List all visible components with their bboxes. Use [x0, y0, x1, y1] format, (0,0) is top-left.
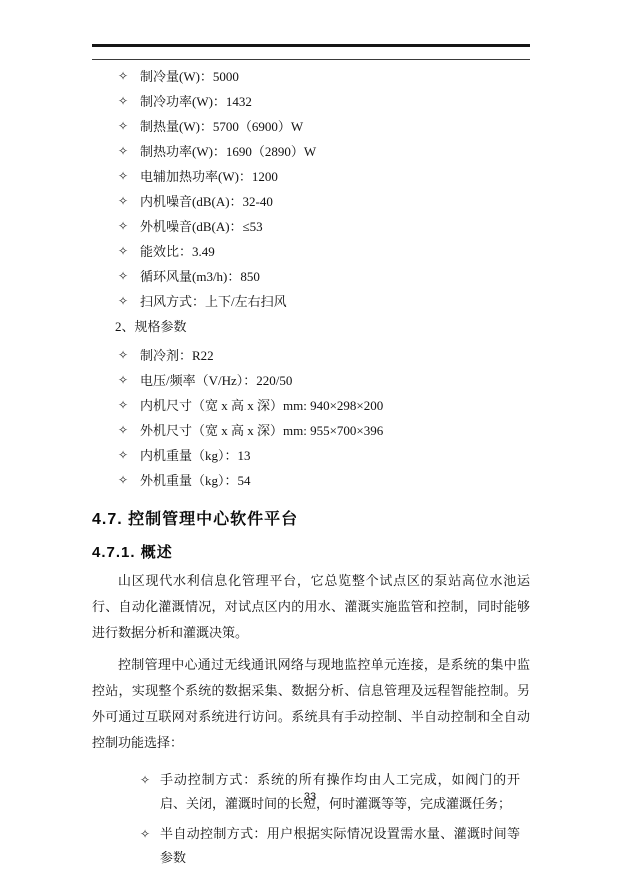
- list-item: ✧ 外机噪音(dB(A)：≤53: [118, 214, 530, 239]
- list-item: ✧ 制冷量(W)：5000: [118, 64, 530, 89]
- list-item: ✧ 内机重量（kg）：13: [118, 443, 530, 468]
- spec-list-performance: ✧ 制冷量(W)：5000 ✧ 制冷功率(W)：1432 ✧ 制热量(W)：57…: [92, 64, 530, 314]
- diamond-bullet-icon: ✧: [118, 89, 140, 114]
- diamond-bullet-icon: ✧: [118, 64, 140, 89]
- list-item: ✧ 能效比：3.49: [118, 239, 530, 264]
- list-item-text: 内机噪音(dB(A)：32-40: [140, 189, 273, 214]
- section-heading: 4.7. 控制管理中心软件平台: [92, 506, 530, 529]
- list-item: ✧ 制冷剂：R22: [118, 343, 530, 368]
- list-item-text: 半自动控制方式：用户根据实际情况设置需水量、灌溉时间等参数: [160, 822, 520, 870]
- diamond-bullet-icon: ✧: [118, 114, 140, 139]
- list-item: ✧ 制热量(W)：5700（6900）W: [118, 114, 530, 139]
- paragraph-overview-1: 山区现代水利信息化管理平台，它总览整个试点区的泵站高位水池运行、自动化灌溉情况，…: [92, 568, 530, 646]
- header-rule-thick: [92, 44, 530, 47]
- list-item: ✧ 外机尺寸（宽 x 高 x 深）mm: 955×700×396: [118, 418, 530, 443]
- list-item-text: 内机尺寸（宽 x 高 x 深）mm: 940×298×200: [140, 393, 383, 418]
- list-item-text: 电压/频率（V/Hz）：220/50: [140, 368, 292, 393]
- control-modes-list: ✧ 手动控制方式：系统的所有操作均由人工完成，如阀门的开启、关闭，灌溉时间的长短…: [92, 768, 530, 870]
- page-number: 33: [0, 791, 620, 803]
- diamond-bullet-icon: ✧: [118, 343, 140, 368]
- list-item-text: 制冷功率(W)：1432: [140, 89, 252, 114]
- list-item-text: 外机噪音(dB(A)：≤53: [140, 214, 263, 239]
- diamond-bullet-icon: ✧: [118, 264, 140, 289]
- list-item: ✧ 内机尺寸（宽 x 高 x 深）mm: 940×298×200: [118, 393, 530, 418]
- list-item: ✧ 外机重量（kg）：54: [118, 468, 530, 493]
- list-item: ✧ 扫风方式：上下/左右扫风: [118, 289, 530, 314]
- list-item-text: 内机重量（kg）：13: [140, 443, 251, 468]
- list-item-text: 制热功率(W)：1690（2890）W: [140, 139, 316, 164]
- subsection-heading: 4.7.1. 概述: [92, 541, 530, 562]
- diamond-bullet-icon: ✧: [140, 768, 160, 792]
- list-item-text: 外机重量（kg）：54: [140, 468, 251, 493]
- diamond-bullet-icon: ✧: [118, 289, 140, 314]
- list-item: ✧ 循环风量(m3/h)：850: [118, 264, 530, 289]
- header-divider: [92, 44, 530, 60]
- list-item-text: 循环风量(m3/h)：850: [140, 264, 260, 289]
- diamond-bullet-icon: ✧: [118, 368, 140, 393]
- list-item-text: 电辅加热功率(W)：1200: [140, 164, 278, 189]
- diamond-bullet-icon: ✧: [118, 214, 140, 239]
- spec-group-label: 2、规格参数: [115, 314, 530, 339]
- list-item-text: 能效比：3.49: [140, 239, 215, 264]
- diamond-bullet-icon: ✧: [118, 393, 140, 418]
- paragraph-overview-2: 控制管理中心通过无线通讯网络与现地监控单元连接，是系统的集中监控站，实现整个系统…: [92, 652, 530, 756]
- list-item-text: 制冷量(W)：5000: [140, 64, 239, 89]
- list-item-text: 扫风方式：上下/左右扫风: [140, 289, 287, 314]
- diamond-bullet-icon: ✧: [118, 443, 140, 468]
- list-item: ✧ 制热功率(W)：1690（2890）W: [118, 139, 530, 164]
- list-item-text: 制热量(W)：5700（6900）W: [140, 114, 303, 139]
- diamond-bullet-icon: ✧: [118, 418, 140, 443]
- list-item-text: 制冷剂：R22: [140, 343, 214, 368]
- list-item: ✧ 半自动控制方式：用户根据实际情况设置需水量、灌溉时间等参数: [140, 822, 530, 870]
- list-item: ✧ 电辅加热功率(W)：1200: [118, 164, 530, 189]
- spec-list-dimensions: ✧ 制冷剂：R22 ✧ 电压/频率（V/Hz）：220/50 ✧ 内机尺寸（宽 …: [92, 343, 530, 493]
- diamond-bullet-icon: ✧: [118, 468, 140, 493]
- diamond-bullet-icon: ✧: [118, 189, 140, 214]
- diamond-bullet-icon: ✧: [140, 822, 160, 846]
- list-item-text: 外机尺寸（宽 x 高 x 深）mm: 955×700×396: [140, 418, 383, 443]
- diamond-bullet-icon: ✧: [118, 239, 140, 264]
- header-rule-thin: [92, 59, 530, 60]
- diamond-bullet-icon: ✧: [118, 164, 140, 189]
- diamond-bullet-icon: ✧: [118, 139, 140, 164]
- document-content: ✧ 制冷量(W)：5000 ✧ 制冷功率(W)：1432 ✧ 制热量(W)：57…: [92, 44, 530, 870]
- list-item: ✧ 制冷功率(W)：1432: [118, 89, 530, 114]
- list-item: ✧ 内机噪音(dB(A)：32-40: [118, 189, 530, 214]
- list-item: ✧ 电压/频率（V/Hz）：220/50: [118, 368, 530, 393]
